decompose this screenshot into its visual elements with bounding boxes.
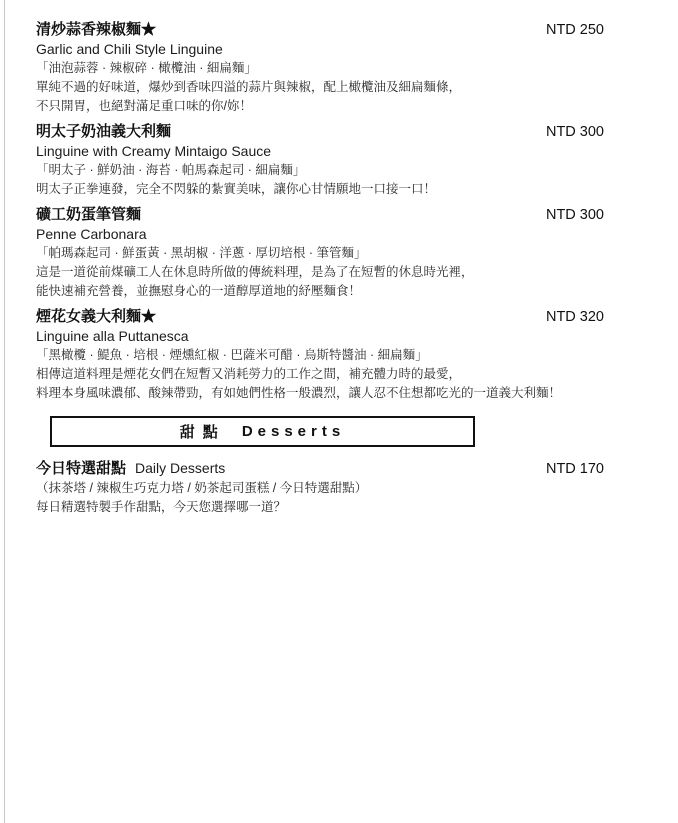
item-desc-line: 每日精選特製手作甜點，今天您選擇哪一道？ <box>36 498 604 517</box>
item-ingredients: 「帕瑪森起司 · 鮮蛋黃 · 黑胡椒 · 洋蔥 · 厚切培根 · 筆管麵」 <box>36 244 604 263</box>
item-desc-line: 這是一道從前煤礦工人在休息時所做的傳統料理，是為了在短暫的休息時光裡， <box>36 263 604 282</box>
item-header: 清炒蒜香辣椒麵★ NTD 250 <box>36 20 604 40</box>
menu-page: { "menu": { "items": [ { "name_zh": "清炒蒜… <box>0 0 678 823</box>
item-name-zh: 明太子奶油義大利麵 <box>36 122 171 141</box>
item-desc-line: 單純不過的好味道，爆炒到香味四溢的蒜片與辣椒，配上橄欖油及細扁麵條， <box>36 78 604 97</box>
menu-item: 煙花女義大利麵★ NTD 320 Linguine alla Puttanesc… <box>36 307 604 403</box>
section-header-box: 甜點 Desserts <box>50 416 475 447</box>
item-name-zh: 清炒蒜香辣椒麵★ <box>36 20 156 39</box>
item-name-zh: 煙花女義大利麵★ <box>36 307 156 326</box>
item-header: 煙花女義大利麵★ NTD 320 <box>36 307 604 327</box>
item-name-en: Penne Carbonara <box>36 225 604 244</box>
item-price: NTD 250 <box>546 21 604 40</box>
menu-item: 清炒蒜香辣椒麵★ NTD 250 Garlic and Chili Style … <box>36 20 604 116</box>
item-name-en: Linguine alla Puttanesca <box>36 327 604 346</box>
item-desc-line: 能快速補充營養，並撫慰身心的一道醇厚道地的紓壓麵食！ <box>36 282 604 301</box>
item-desc-line: 料理本身風味濃郁、酸辣帶勁，有如她們性格一般濃烈，讓人忍不住想都吃光的一道義大利… <box>36 384 604 403</box>
section-header-zh: 甜點 <box>180 421 226 442</box>
dessert-title: 今日特選甜點 Daily Desserts <box>36 459 225 478</box>
item-name-zh: 礦工奶蛋筆管麵 <box>36 205 141 224</box>
item-ingredients: 「油泡蒜蓉 · 辣椒碎 · 橄欖油 · 細扁麵」 <box>36 59 604 78</box>
item-header: 明太子奶油義大利麵 NTD 300 <box>36 122 604 142</box>
item-desc-line: 明太子正拳連發，完全不閃躲的紮實美味，讓你心甘情願地一口接一口！ <box>36 180 604 199</box>
item-name-en: Linguine with Creamy Mintaigo Sauce <box>36 142 604 161</box>
item-price: NTD 170 <box>546 460 604 479</box>
page-edge-line <box>4 0 5 823</box>
item-name-en: Daily Desserts <box>135 459 225 478</box>
item-name-zh: 今日特選甜點 <box>36 459 126 478</box>
item-desc-line: 相傳這道料理是煙花女們在短暫又消耗勞力的工作之間，補充體力時的最愛， <box>36 365 604 384</box>
item-price: NTD 300 <box>546 123 604 142</box>
item-desc-line: 不只開胃，也絕對滿足重口味的你/妳！ <box>36 97 604 116</box>
item-price: NTD 320 <box>546 308 604 327</box>
item-ingredients: 「明太子 · 鮮奶油 · 海苔 · 帕馬森起司 · 細扁麵」 <box>36 161 604 180</box>
item-ingredients: 「黑橄欖 · 鯷魚 · 培根 · 煙燻紅椒 · 巴薩米可醋 · 烏斯特醬油 · … <box>36 346 604 365</box>
section-header-en: Desserts <box>242 423 345 440</box>
menu-item: 明太子奶油義大利麵 NTD 300 Linguine with Creamy M… <box>36 122 604 199</box>
item-header: 今日特選甜點 Daily Desserts NTD 170 <box>36 459 604 479</box>
dessert-options: （抹茶塔 / 辣椒生巧克力塔 / 奶茶起司蛋糕 / 今日特選甜點） <box>36 479 604 498</box>
item-price: NTD 300 <box>546 206 604 225</box>
menu-item-dessert: 今日特選甜點 Daily Desserts NTD 170 （抹茶塔 / 辣椒生… <box>36 459 604 517</box>
item-name-en: Garlic and Chili Style Linguine <box>36 40 604 59</box>
menu-content: 清炒蒜香辣椒麵★ NTD 250 Garlic and Chili Style … <box>0 0 678 517</box>
item-header: 礦工奶蛋筆管麵 NTD 300 <box>36 205 604 225</box>
menu-item: 礦工奶蛋筆管麵 NTD 300 Penne Carbonara 「帕瑪森起司 ·… <box>36 205 604 301</box>
